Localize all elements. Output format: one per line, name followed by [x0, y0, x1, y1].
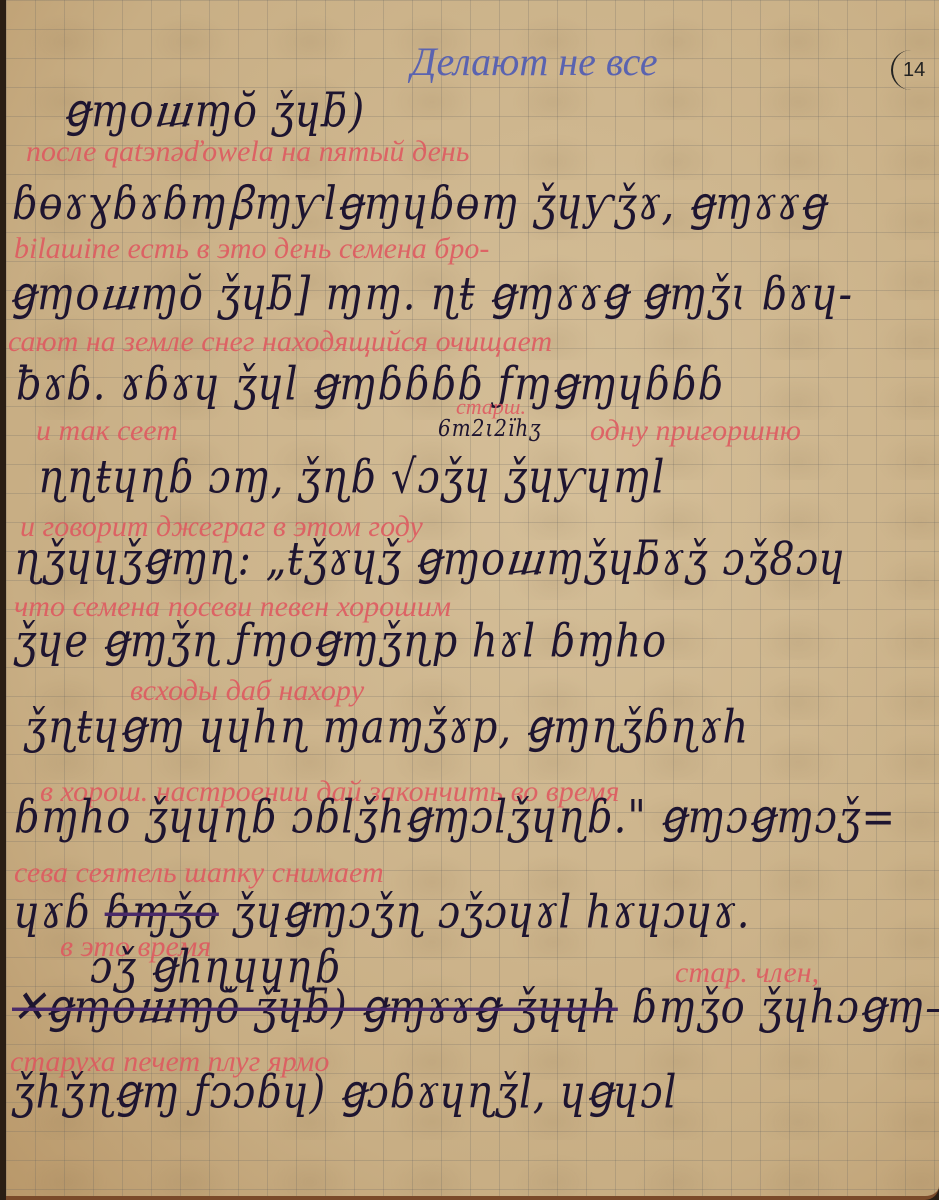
gloss-line-9: сева сеятель шапку снимает — [14, 856, 384, 890]
gloss-line-4a: и так сеет — [36, 414, 178, 448]
script-insert: 6m2ι2ïhʒ — [438, 414, 542, 442]
script-words: ǯɥꞡɱɔǯɳ ɔǯɔɥɤl hɤɥɔɥɤ. — [233, 886, 751, 939]
gloss-line-2: bilaшine есть в это день семена бро- — [14, 232, 489, 266]
script-line-4: ƀɤɓ. ɤɓɤɥ ǯɥl ꞡɱɓɓɓɓ ƒɱꞡɱɥɓɓɓ — [16, 358, 724, 411]
script-line-1: ꞡɱoⴍɱŏ ǯɥƃ) — [64, 85, 365, 138]
struck-phrase: ✕ꞡɱoⴍɱŏ ǯɥƃ) ꞡɱɤɤꞡ ǯɥɥh — [12, 981, 618, 1034]
script-line-2: ɓɵɤɣɓɤɓɱꞵɱƴlꞡɱɥɓɵɱ ǯɥƴǯɤ, ꞡɱɤɤꞡ — [12, 170, 826, 233]
script-line-9: ɓɱho ǯɥɥɳɓ ɔɓlǯhꞡɱɔlǯɥɳɓ." ꞡɱɔꞡɱɔǯ= — [14, 791, 896, 844]
gloss-line-3: сают на земле снег находящийся очищает — [8, 325, 552, 359]
page-number: 14 — [891, 50, 931, 90]
notebook-page: Делают не все 14 ꞡɱoⴍɱŏ ǯɥƃ) после qatэn… — [6, 0, 939, 1200]
script-line-7: ǯɥe ꞡɱǯɳ ƒɱoꞡɱǯɳp hɤl ɓɱho — [14, 615, 667, 668]
script-line-6: ɳǯɥɥǯꞡɱɳ: „ŧǯɤɥǯ ꞡɱoⴍɱǯɥƃɤǯ ɔǯ8ɔɥ — [14, 533, 846, 586]
script-line-5: ɳɳŧɥɳɓ ɔɱ, ǯɳɓ √ɔǯɥ ǯɥƴɥɱl — [38, 451, 665, 504]
gloss-line-4c: одну пригоршню — [590, 414, 801, 448]
gloss-line-1: после qatэnəďowela на пятый день — [26, 135, 469, 169]
script-line-13: ǯhǯɳꞡɱ ƒɔɔɓɥ) ꞡɔɓɤɥɳǯl, ɥꞡɥɔl — [12, 1066, 677, 1119]
script-line-3: ꞡɱoⴍɱŏ ǯɥƃ] ɱɱ. ɳŧ ꞡɱɤɤꞡ ꞡɱǯɩ ɓɤɥ- — [10, 268, 853, 321]
script-line-12: ✕ꞡɱoⴍɱŏ ǯɥƃ) ꞡɱɤɤꞡ ǯɥɥh ɓɱǯo ǯɥhɔꞡɱ— — [12, 981, 939, 1034]
script-line-8: ǯɳŧɥꞡɱ ɥɥhɳ ɱaɱǯɤp, ꞡɱɳǯɓɳɤh — [24, 701, 749, 754]
header-note: Делают не все — [411, 38, 658, 85]
script-words: ɓɱǯo ǯɥhɔꞡɱ— — [632, 981, 939, 1034]
